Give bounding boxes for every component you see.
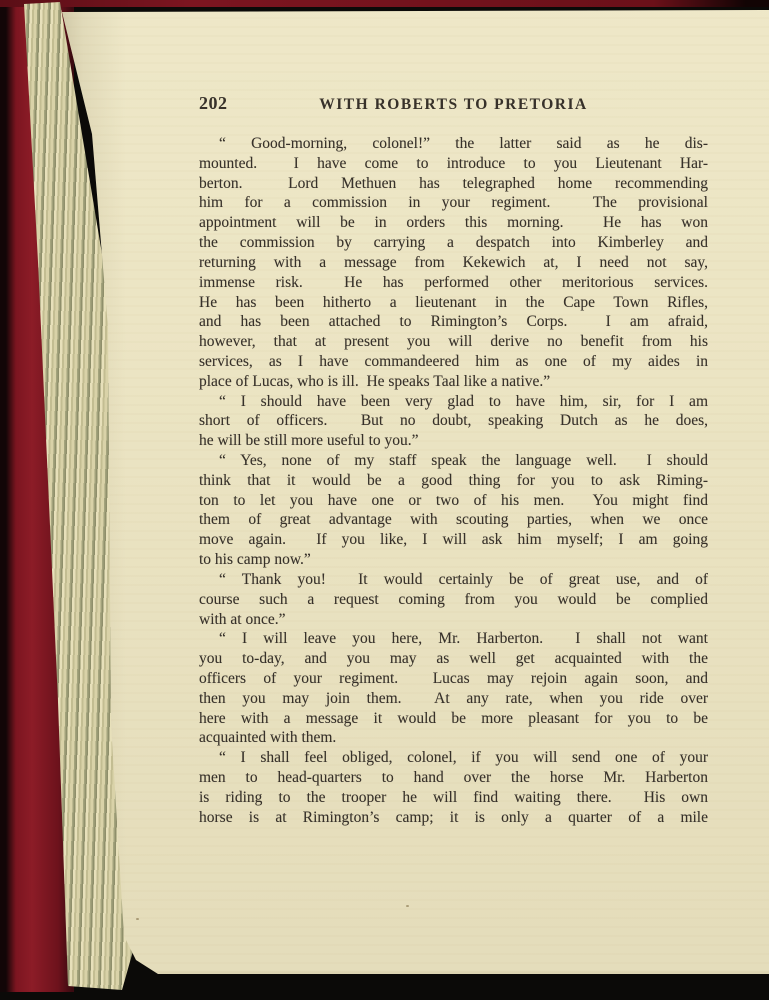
paper-speck [136,918,139,920]
text-line: “ Thank you! It would certainly be of gr… [199,570,708,590]
paper-speck [406,905,409,907]
text-line: mounted. I have come to introduce to you… [199,154,708,174]
text-line: however, that at present you will derive… [199,332,708,352]
text-line: you to-day, and you may as well get acqu… [199,649,708,669]
text-line: move again. If you like, I will ask him … [199,530,708,550]
text-line: “ I will leave you here, Mr. Harberton. … [199,629,708,649]
book-cover-top-edge [0,0,769,7]
text-line: course such a request coming from you wo… [199,590,708,610]
text-line: “ Good-morning, colonel!” the latter sai… [199,134,708,154]
text-line: place of Lucas, who is ill. He speaks Ta… [199,372,708,392]
text-line: services, as I have commandeered him as … [199,352,708,372]
book-photo: 202 WITH ROBERTS TO PRETORIA “ Good-morn… [0,0,769,1000]
text-line: he will be still more useful to you.” [199,431,708,451]
text-line: them of great advantage with scouting pa… [199,510,708,530]
text-line: “ I should have been very glad to have h… [199,392,708,412]
text-line: to his camp now.” [199,550,708,570]
text-line: him for a commission in your regiment. T… [199,193,708,213]
text-line: appointment will be in orders this morni… [199,213,708,233]
text-line: berton. Lord Methuen has telegraphed hom… [199,174,708,194]
page-header: 202 WITH ROBERTS TO PRETORIA [199,93,708,115]
text-line: horse is at Rimington’s camp; it is only… [199,808,708,828]
running-title: WITH ROBERTS TO PRETORIA [199,96,708,114]
text-line: think that it would be a good thing for … [199,471,708,491]
text-line: officers of your regiment. Lucas may rej… [199,669,708,689]
text-line: “ Yes, none of my staff speak the langua… [199,451,708,471]
text-line: here with a message it would be more ple… [199,709,708,729]
text-line: acquainted with them. [199,728,708,748]
text-line: the commission by carrying a despatch in… [199,233,708,253]
text-line: with at once.” [199,610,708,630]
text-line: is riding to the trooper he will find wa… [199,788,708,808]
text-line: short of officers. But no doubt, speakin… [199,411,708,431]
text-line: men to head-quarters to hand over the ho… [199,768,708,788]
text-line: “ I shall feel obliged, colonel, if you … [199,748,708,768]
text-line: and has been attached to Rimington’s Cor… [199,312,708,332]
text-line: immense risk. He has performed other mer… [199,273,708,293]
page-text: “ Good-morning, colonel!” the latter sai… [199,134,708,827]
text-line: He has been hitherto a lieutenant in the… [199,293,708,313]
text-line: ton to let you have one or two of his me… [199,491,708,511]
text-line: then you may join them. At any rate, whe… [199,689,708,709]
text-line: returning with a message from Kekewich a… [199,253,708,273]
